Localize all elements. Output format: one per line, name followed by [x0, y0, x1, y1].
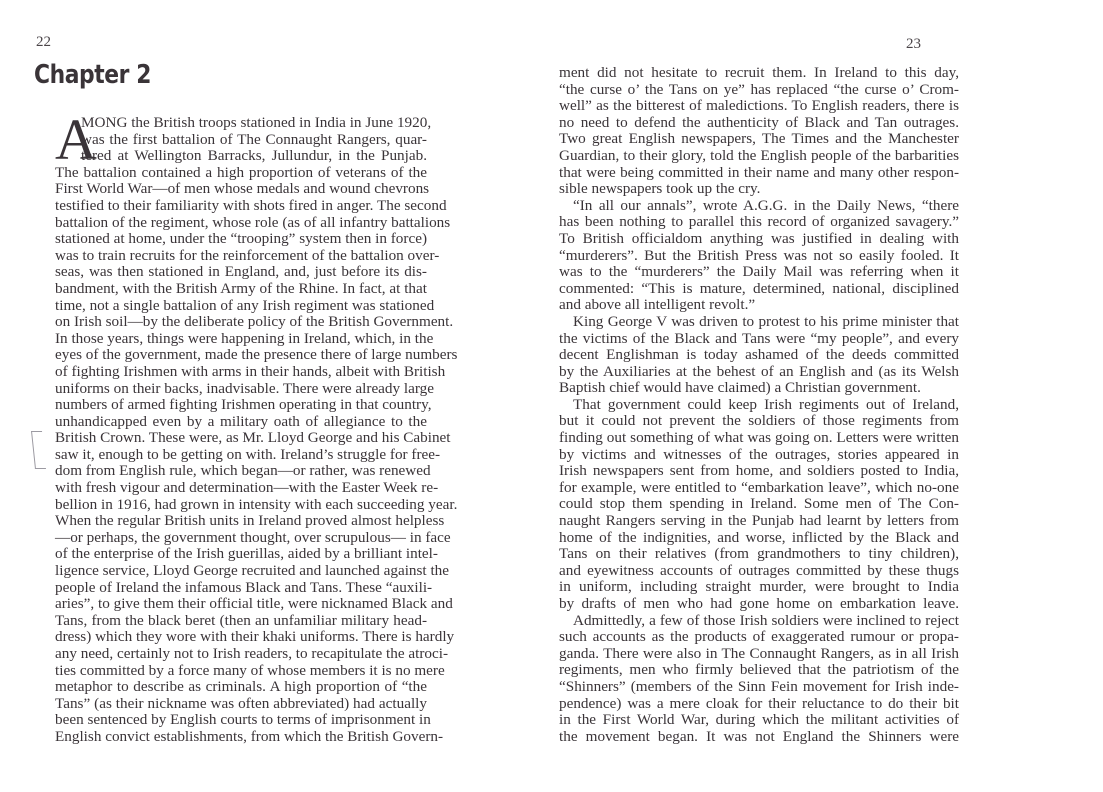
text-line: regiments, men who firmly believed that …: [559, 662, 959, 679]
text-line: Baptish chief would have claimed) a Chri…: [559, 380, 959, 397]
text-line: Admittedly, a few of those Irish soldier…: [559, 613, 959, 630]
text-line: with fresh vigour and determination—with…: [55, 480, 427, 497]
text-line: finding out something of what was going …: [559, 430, 959, 447]
page-number: 23: [906, 36, 921, 53]
text-line: was to the “murderers” the Daily Mail wa…: [559, 264, 959, 281]
text-line: battalion of the regiment, whose role (a…: [55, 215, 427, 232]
text-line: “the curse o’ the Tans on ye” has replac…: [559, 82, 959, 99]
text-line: seas, was then stationed in England, and…: [55, 264, 427, 281]
text-line: but it could not prevent the soldiers of…: [559, 413, 959, 430]
text-line: eyes of the government, made the presenc…: [55, 347, 427, 364]
text-line: To British officialdom anything was just…: [559, 231, 959, 248]
text-line: by the Auxiliaries at the behest of an E…: [559, 364, 959, 381]
text-line: dom from English rule, which began—or ra…: [55, 463, 427, 480]
chapter-title: Chapter 2: [34, 60, 151, 90]
text-line: sible newspapers took up the cry.: [559, 181, 959, 198]
text-line: for example, were entitled to “embarkati…: [559, 480, 959, 497]
text-line: the movement began. It was not England t…: [559, 729, 959, 746]
text-line: ganda. There were also in The Connaught …: [559, 646, 959, 663]
text-line: could stop them spending in Ireland. Som…: [559, 496, 959, 513]
text-line: by victims and witnesses of the outrages…: [559, 447, 959, 464]
text-line: uniforms on their backs, inadvisable. Th…: [55, 381, 427, 398]
text-line: Tans” (as their nickname was often abbre…: [55, 696, 427, 713]
text-line: ment did not hesitate to recruit them. I…: [559, 65, 959, 82]
page-number: 22: [36, 34, 51, 51]
text-line: any need, certainly not to Irish readers…: [55, 646, 427, 663]
text-line: pendence) was a mere cloak for their rel…: [559, 696, 959, 713]
text-line: The battalion contained a high proportio…: [55, 165, 427, 182]
text-line: was to train recruits for the reinforcem…: [55, 248, 427, 265]
text-line: of the enterprise of the Irish guerillas…: [55, 546, 427, 563]
text-line: ligence service, Lloyd George recruited …: [55, 563, 427, 580]
text-line: by drafts of men who had gone home on em…: [559, 596, 959, 613]
pen-bracket-mark: [31, 431, 46, 469]
text-line: well” as the bitterest of maledictions. …: [559, 98, 959, 115]
text-line: such accounts as the products of exagger…: [559, 629, 959, 646]
text-line: commented: “This is mature, determined, …: [559, 281, 959, 298]
text-line: people of Ireland the infamous Black and…: [55, 580, 427, 597]
text-line: and eyewitness accounts of outrages comm…: [559, 563, 959, 580]
text-line: Irish newspapers sent from home, and sol…: [559, 463, 959, 480]
text-line: ties committed by a force many of whose …: [55, 663, 427, 680]
text-line: “Shinners” (members of the Sinn Fein mov…: [559, 679, 959, 696]
text-line: bandment, with the British Army of the R…: [55, 281, 427, 298]
text-line: King George V was driven to protest to h…: [559, 314, 959, 331]
text-line: “murderers”. But the British Press was n…: [559, 248, 959, 265]
body-text: A MONG the British troops stationed in I…: [55, 115, 427, 746]
text-line: That government could keep Irish regimen…: [559, 397, 959, 414]
text-line: metaphor to describe as criminals. A hig…: [55, 679, 427, 696]
left-page: 22 Chapter 2 A MONG the British troops s…: [0, 0, 551, 792]
text-line: saw it, enough to be getting on with. Ir…: [55, 447, 427, 464]
drop-cap: A: [55, 117, 97, 163]
text-line: “In all our annals”, wrote A.G.G. in the…: [559, 198, 959, 215]
text-line: aries”, to give them their official titl…: [55, 596, 427, 613]
text-line: time, not a single battalion of any Iris…: [55, 298, 427, 315]
text-line: in uniform, including straight murder, w…: [559, 579, 959, 596]
text-line: Guardian, to their glory, told the Engli…: [559, 148, 959, 165]
text-line: stationed at home, under the “trooping” …: [55, 231, 427, 248]
text-line: unhandicapped even by a military oath of…: [55, 414, 427, 431]
text-line: Tans, from the black beret (then an unfa…: [55, 613, 427, 630]
text-line: English convict establishments, from whi…: [55, 729, 427, 746]
text-line: British Crown. These were, as Mr. Lloyd …: [55, 430, 427, 447]
text-line: and above all intelligent revolt.”: [559, 297, 959, 314]
text-line: no need to defend the authenticity of Bl…: [559, 115, 959, 132]
text-line: tered at Wellington Barracks, Jullundur,…: [55, 148, 427, 165]
text-line: Tans on their relatives (from grandmothe…: [559, 546, 959, 563]
text-line: Two great English newspapers, The Times …: [559, 131, 959, 148]
text-line: —or perhaps, the government thought, ove…: [55, 530, 427, 547]
text-line: on Irish soil—by the deliberate policy o…: [55, 314, 427, 331]
text-line: When the regular British units in Irelan…: [55, 513, 427, 530]
text-line: naught Rangers serving in the Punjab had…: [559, 513, 959, 530]
body-text: ment did not hesitate to recruit them. I…: [559, 65, 959, 745]
text-line: of fighting Irishmen with arms in their …: [55, 364, 427, 381]
text-line: numbers of armed fighting Irishmen opera…: [55, 397, 427, 414]
text-line: testified to their familiarity with shot…: [55, 198, 427, 215]
text-line: decent Englishman is today ashamed of th…: [559, 347, 959, 364]
text-line: in the First World War, during which the…: [559, 712, 959, 729]
text-line: home of the indignities, and worse, infl…: [559, 530, 959, 547]
text-line: that were being committed in their name …: [559, 165, 959, 182]
text-line: been sentenced by English courts to term…: [55, 712, 427, 729]
text-line: the victims of the Black and Tans were “…: [559, 331, 959, 348]
right-page: 23 ment did not hesitate to recruit them…: [551, 0, 1103, 792]
text-line: was the first battalion of The Connaught…: [55, 132, 427, 149]
text-line: has been nothing to parallel this record…: [559, 214, 959, 231]
text-line: In those years, things were happening in…: [55, 331, 427, 348]
text-line: dress) which they wore with their khaki …: [55, 629, 427, 646]
text-line: MONG the British troops stationed in Ind…: [55, 115, 427, 132]
text-line: bellion in 1916, had grown in intensity …: [55, 497, 427, 514]
text-line: First World War—of men whose medals and …: [55, 181, 427, 198]
